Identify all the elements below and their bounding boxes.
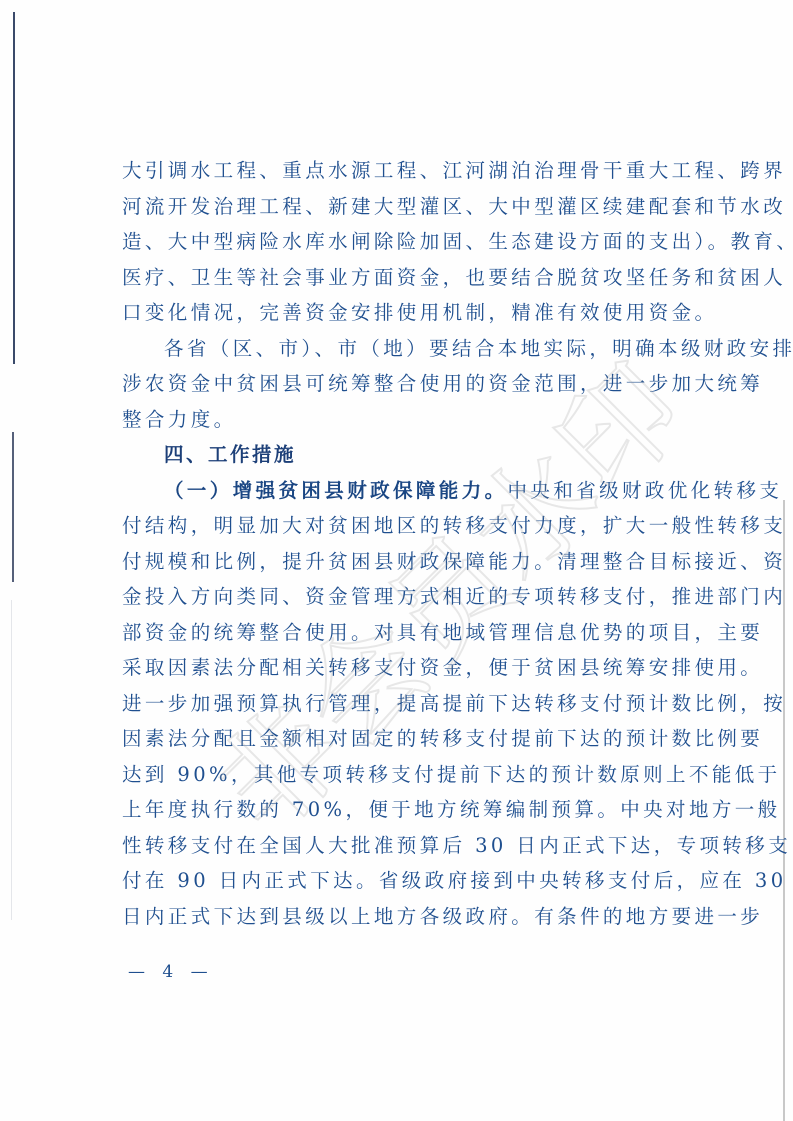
page-number: — 4 — [128,962,214,982]
paragraph-line: 部资金的统筹整合使用。对具有地域管理信息优势的项目，主要 [122,615,682,651]
paragraph-line: 性转移支付在全国人大批准预算后 30 日内正式下达，专项转移支 [122,828,682,864]
binding-edge-line [11,600,12,920]
paragraph-line: 口变化情况，完善资金安排使用机制，精准有效使用资金。 [122,295,682,331]
paragraph-line: 整合力度。 [122,402,682,438]
paragraph-line: 上年度执行数的 70%，便于地方统筹编制预算。中央对地方一般 [122,792,682,828]
binding-edge-line [12,432,14,582]
paragraph-line: 造、大中型病险水库水闸除险加固、生态建设方面的支出）。教育、 [122,224,682,260]
section-heading: 四、工作措施 [122,437,682,473]
paragraph-line: 因素法分配且金额相对固定的转移支付提前下达的预计数比例要 [122,721,682,757]
paragraph-line: 医疗、卫生等社会事业方面资金，也要结合脱贫攻坚任务和贫困人 [122,260,682,296]
paragraph-line: 各省（区、市）、市（地）要结合本地实际，明确本级财政安排的 [122,331,682,367]
subsection-text: 中央和省级财政优化转移支 [508,479,783,502]
paragraph-line: 涉农资金中贫困县可统筹整合使用的资金范围，进一步加大统筹 [122,366,682,402]
subsection-first-line: （一）增强贫困县财政保障能力。中央和省级财政优化转移支 [122,473,682,509]
document-page: 非会员水印 大引调水工程、重点水源工程、江河湖泊治理骨干重大工程、跨界 河流开发… [0,0,793,1121]
paragraph-line: 金投入方向类同、资金管理方式相近的专项转移支付，推进部门内 [122,579,682,615]
paragraph-line: 日内正式下达到县级以上地方各级政府。有条件的地方要进一步 [122,899,682,935]
paragraph-line: 河流开发治理工程、新建大型灌区、大中型灌区续建配套和节水改 [122,189,682,225]
paragraph-line: 进一步加强预算执行管理，提高提前下达转移支付预计数比例，按 [122,686,682,722]
paragraph-line: 付在 90 日内正式下达。省级政府接到中央转移支付后，应在 30 [122,863,682,899]
paragraph-line: 大引调水工程、重点水源工程、江河湖泊治理骨干重大工程、跨界 [122,153,682,189]
subsection-title: （一）增强贫困县财政保障能力。 [164,479,508,502]
paragraph-line: 达到 90%，其他专项转移支付提前下达的预计数原则上不能低于 [122,757,682,793]
paragraph-line: 付结构，明显加大对贫困地区的转移支付力度，扩大一般性转移支 [122,508,682,544]
paragraph-line: 采取因素法分配相关转移支付资金，便于贫困县统筹安排使用。 [122,650,682,686]
paragraph-line: 付规模和比例，提升贫困县财政保障能力。清理整合目标接近、资 [122,544,682,580]
document-body: 大引调水工程、重点水源工程、江河湖泊治理骨干重大工程、跨界 河流开发治理工程、新… [122,153,682,934]
binding-edge-line [13,12,15,364]
